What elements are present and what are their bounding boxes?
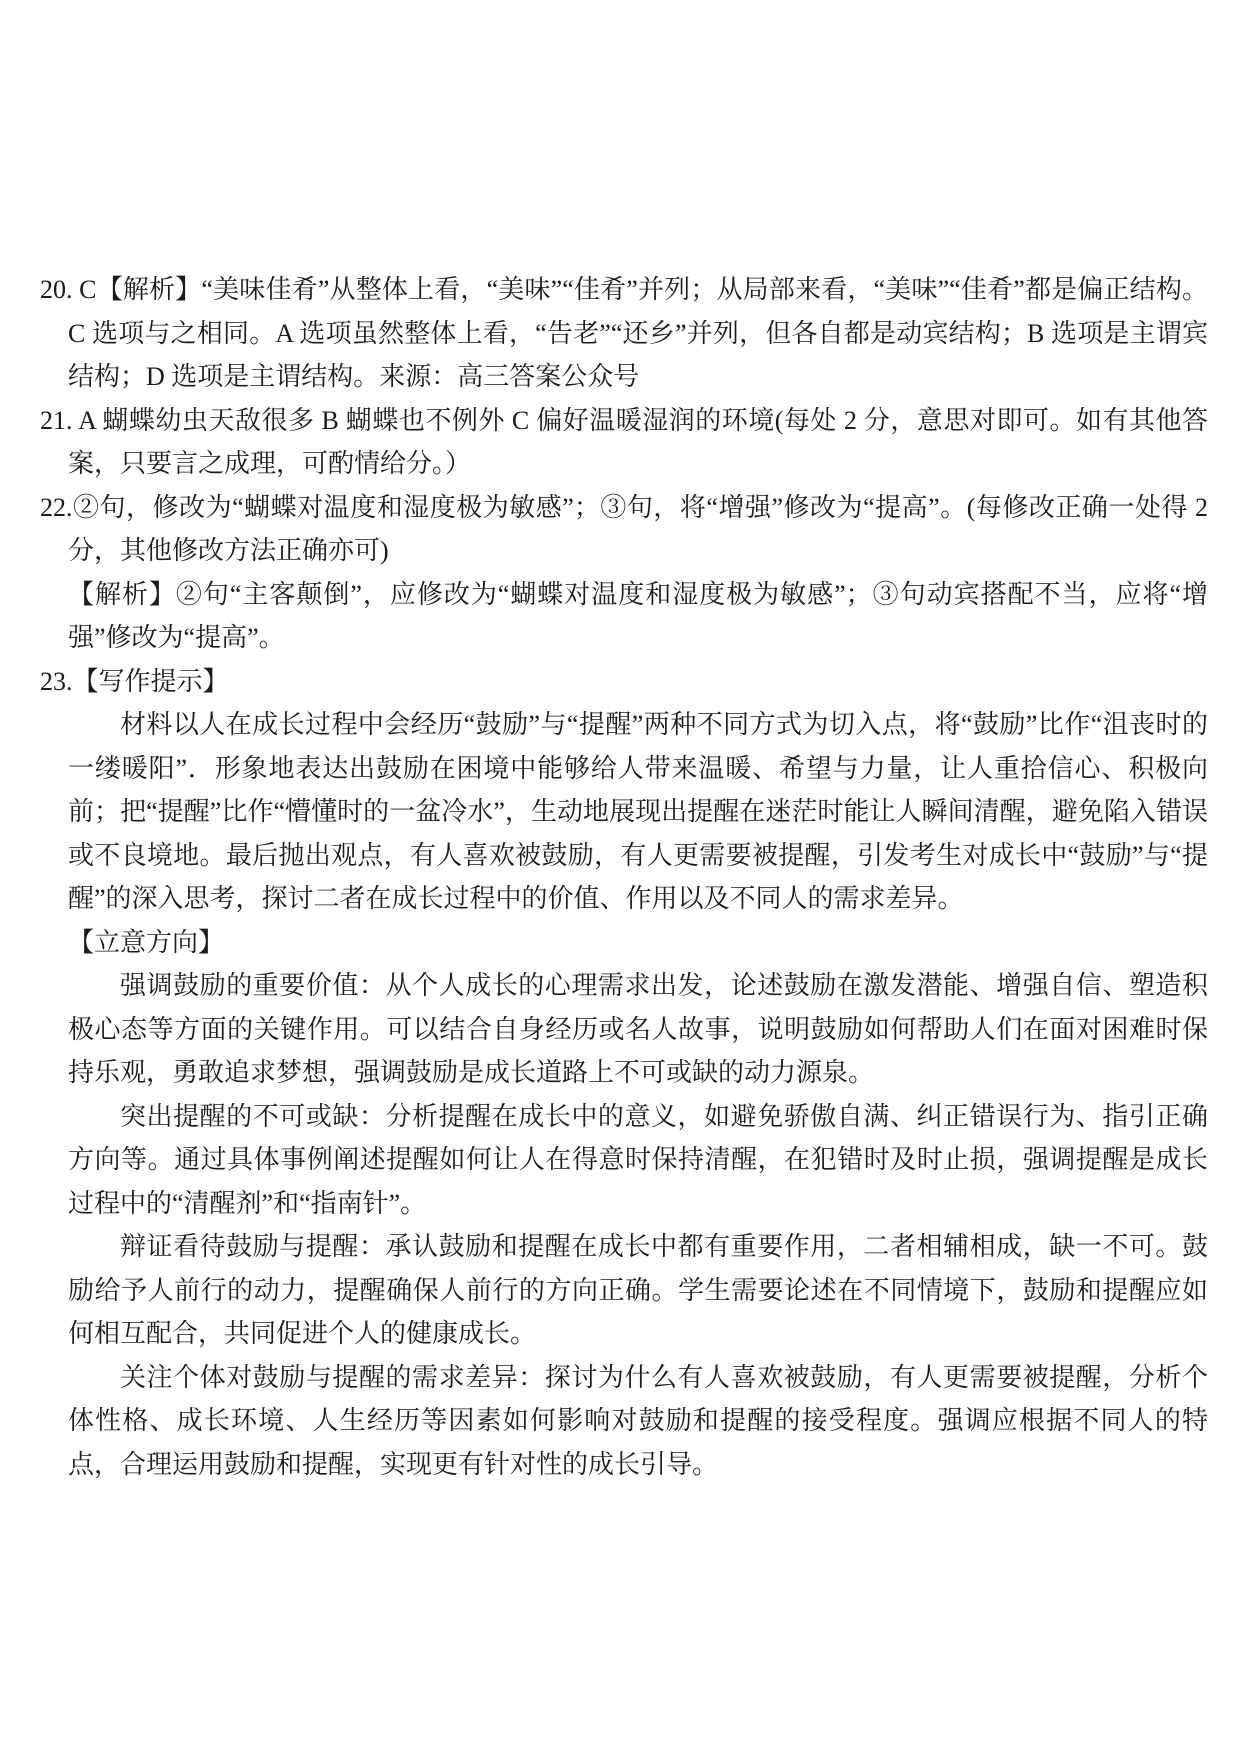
answer-item-23-point-2: 突出提醒的不可或缺：分析提醒在成长中的意义，如避免骄傲自满、纠正错误行为、指引正…: [68, 1095, 1208, 1226]
answer-item-23-intro: 材料以人在成长过程中会经历“鼓励”与“提醒”两种不同方式为切入点，将“鼓励”比作…: [68, 703, 1208, 921]
answer-item-22: 22.②句，修改为“蝴蝶对温度和湿度极为敏感”；③句，将“增强”修改为“提高”。…: [40, 486, 1208, 573]
answer-item-22-analysis: 【解析】②句“主客颠倒”，应修改为“蝴蝶对温度和湿度极为敏感”；③句动宾搭配不当…: [68, 573, 1208, 660]
item-text-21: A 蝴蝶幼虫天敌很多 B 蝴蝶也不例外 C 偏好温暖湿润的环境(每处 2 分，意…: [68, 406, 1208, 479]
item-text-20: C【解析】“美味佳肴”从整体上看，“美味”“佳肴”并列；从局部来看，“美味”“佳…: [68, 275, 1208, 391]
document-page: 20. C【解析】“美味佳肴”从整体上看，“美味”“佳肴”并列；从局部来看，“美…: [0, 0, 1241, 1754]
answer-key-content: 20. C【解析】“美味佳肴”从整体上看，“美味”“佳肴”并列；从局部来看，“美…: [40, 268, 1208, 1486]
item-number-22: 22.: [40, 493, 73, 522]
answer-item-20: 20. C【解析】“美味佳肴”从整体上看，“美味”“佳肴”并列；从局部来看，“美…: [40, 268, 1208, 399]
answer-item-21: 21. A 蝴蝶幼虫天敌很多 B 蝴蝶也不例外 C 偏好温暖湿润的环境(每处 2…: [40, 399, 1208, 486]
answer-item-23-heading: 23.【写作提示】: [40, 660, 1208, 704]
answer-item-23-point-1: 强调鼓励的重要价值：从个人成长的心理需求出发，论述鼓励在激发潜能、增强自信、塑造…: [68, 964, 1208, 1095]
answer-item-23-point-4: 关注个体对鼓励与提醒的需求差异：探讨为什么有人喜欢被鼓励，有人更需要被提醒，分析…: [68, 1356, 1208, 1487]
item-number-23: 23.: [40, 667, 73, 696]
item-number-21: 21.: [40, 406, 73, 435]
item-text-22: ②句，修改为“蝴蝶对温度和湿度极为敏感”；③句，将“增强”修改为“提高”。(每修…: [68, 493, 1208, 566]
answer-item-23-point-3: 辩证看待鼓励与提醒：承认鼓励和提醒在成长中都有重要作用，二者相辅相成，缺一不可。…: [68, 1225, 1208, 1356]
answer-item-23-subheading: 【立意方向】: [68, 921, 1208, 965]
item-number-20: 20.: [40, 275, 73, 304]
item-heading-23: 【写作提示】: [73, 667, 229, 696]
